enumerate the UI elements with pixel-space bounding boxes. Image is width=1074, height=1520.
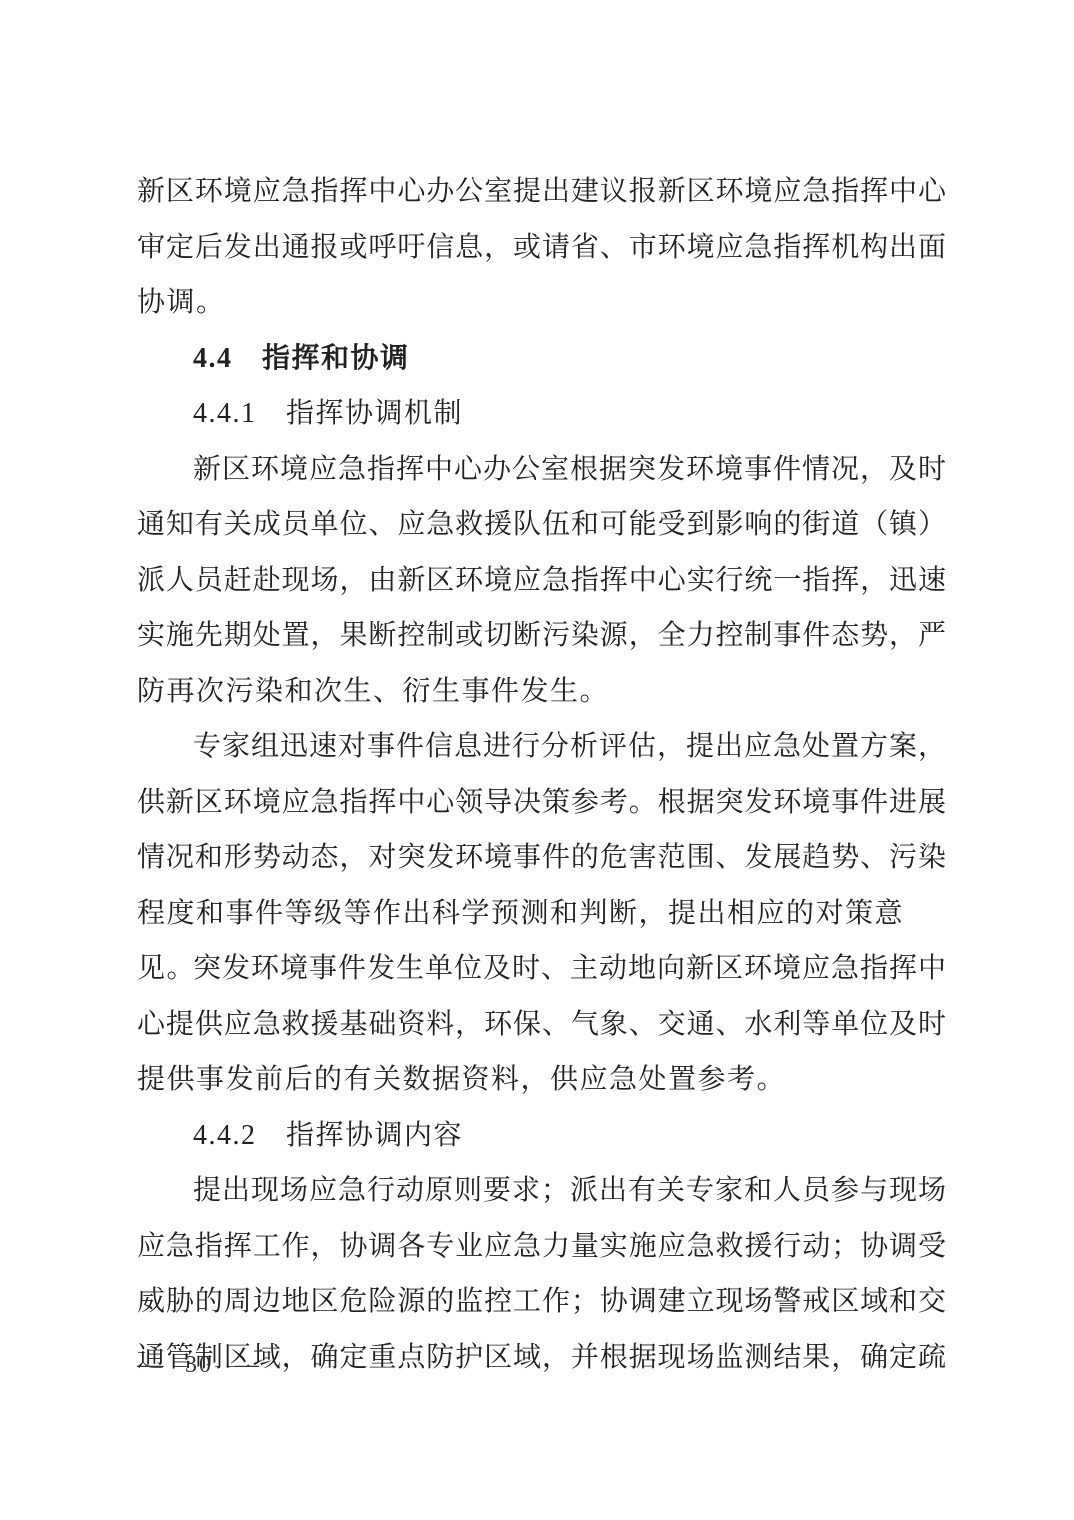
text-line: 心提供应急救援基础资料，环保、气象、交通、水利等单位及时 — [137, 997, 946, 1053]
heading-line: 4.4 指挥和协调 — [137, 331, 946, 387]
text-line: 程度和事件等级等作出科学预测和判断，提出相应的对策意见。 — [137, 886, 946, 942]
text-line: 提出现场应急行动原则要求；派出有关专家和人员参与现场 — [137, 1163, 946, 1219]
text-line: 威胁的周边地区危险源的监控工作；协调建立现场警戒区域和交 — [137, 1274, 946, 1330]
document-lines: 新区环境应急指挥中心办公室提出建议报新区环境应急指挥中心审定后发出通报或呼吁信息… — [137, 164, 946, 1385]
page-number: — 30 — — [137, 1352, 261, 1378]
heading-line: 4.4.2 指挥协调内容 — [137, 1108, 946, 1164]
text-line: 实施先期处置，果断控制或切断污染源，全力控制事件态势，严 — [137, 608, 946, 664]
text-line: 通知有关成员单位、应急救援队伍和可能受到影响的街道（镇） — [137, 497, 946, 553]
text-line: 情况和形势动态，对突发环境事件的危害范围、发展趋势、污染 — [137, 830, 946, 886]
text-line: 突发环境事件发生单位及时、主动地向新区环境应急指挥中 — [137, 941, 946, 997]
text-line: 应急指挥工作，协调各专业应急力量实施应急救援行动；协调受 — [137, 1219, 946, 1275]
text-line: 新区环境应急指挥中心办公室提出建议报新区环境应急指挥中心 — [137, 164, 946, 220]
text-line: 协调。 — [137, 275, 946, 331]
text-line: 派人员赶赴现场，由新区环境应急指挥中心实行统一指挥，迅速 — [137, 553, 946, 609]
text-line: 提供事发前后的有关数据资料，供应急处置参考。 — [137, 1052, 946, 1108]
text-line: 供新区环境应急指挥中心领导决策参考。根据突发环境事件进展 — [137, 775, 946, 831]
text-line: 新区环境应急指挥中心办公室根据突发环境事件情况，及时 — [137, 442, 946, 498]
page-footer: — 30 — — [137, 1352, 261, 1379]
heading-line: 4.4.1 指挥协调机制 — [137, 386, 946, 442]
text-line: 审定后发出通报或呼吁信息，或请省、市环境应急指挥机构出面 — [137, 220, 946, 276]
text-line: 专家组迅速对事件信息进行分析评估，提出应急处置方案， — [137, 719, 946, 775]
text-line: 防再次污染和次生、衍生事件发生。 — [137, 664, 946, 720]
document-page: 新区环境应急指挥中心办公室提出建议报新区环境应急指挥中心审定后发出通报或呼吁信息… — [0, 0, 1074, 1520]
